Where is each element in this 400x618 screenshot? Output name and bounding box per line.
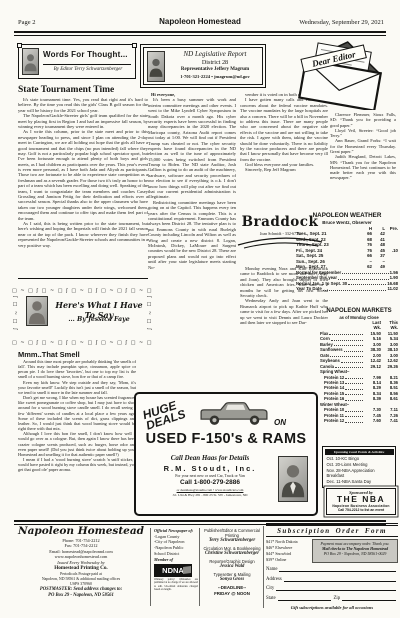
- event-item: Nov. 28-NBA Appreciation Breakfast: [327, 468, 392, 479]
- ad-web: or deanhaas@stoudts.com • www.stoudtcars…: [140, 488, 280, 492]
- form-rule: [266, 536, 398, 537]
- staff-block: Publisher/Editor & Commercial Printing T…: [203, 528, 261, 596]
- ad-address: Jct. I-94 & Hwy 281 - 800 23 St. SW - Ja…: [140, 493, 280, 497]
- legislative-report-box: ND Legislative Report District 28 Repres…: [140, 44, 266, 88]
- paragraph: I mean if I had a 'wood burning stove' s…: [18, 457, 136, 472]
- payment-note: Payment must accompany order. Thank you.…: [312, 539, 398, 563]
- events-box: Upcoming Local Events & Activities Oct. …: [322, 446, 396, 488]
- truck-ad: HUGE DEALS ON USED F-150's & RAMS Call D…: [134, 392, 318, 516]
- corner-ornament: [132, 43, 137, 48]
- staff-role: Publisher/Editor & Commercial Printing: [203, 528, 261, 538]
- paragraph: As I write this column, prior to the sta…: [18, 129, 148, 221]
- person-icon: [279, 457, 307, 501]
- footer-divider: [263, 526, 264, 608]
- nba-call: Call 754-2212 to list an event: [327, 508, 395, 512]
- staff-list: Publisher/Editor & Commercial Printing T…: [203, 528, 261, 583]
- staff-entry: Reporter/Graphic Design Jessica Wald: [203, 559, 261, 570]
- markets-cash-rows: Flax15.5011.50 Corn5.165.34 Barley3.003.…: [320, 331, 398, 369]
- banner-border-left: ʃ □ ~ □ ʃ: [12, 296, 18, 338]
- paragraph: Although I love this bon fire smell, I d…: [18, 431, 136, 457]
- markets-header-row: Last Wk. This Wk.: [320, 320, 398, 331]
- article-body: It's state tournament time. Yes, you rea…: [18, 97, 148, 274]
- words-for-thought-box: Words For Thought... By Editor Terry Sch…: [18, 44, 136, 79]
- column-divider: [18, 278, 148, 279]
- masthead-pobox: PO Box 29 - Napoleon, ND 58561: [16, 593, 146, 599]
- price-list: $41* North Dakota$46* Elsewhere$44* Snow…: [266, 539, 312, 563]
- dear-editor-graphic: Dear Editor: [282, 34, 396, 110]
- staff-name: Sonya Gross: [203, 577, 261, 583]
- legislative-district: District 28: [168, 59, 262, 66]
- weather-observer: Bruce Wentz, Observer: [296, 220, 398, 225]
- events-list: Oct. 10-KC BingoOct. 20-Lions MeetingNov…: [325, 455, 394, 485]
- envelope-icon: Dear Editor: [282, 34, 396, 110]
- markets-title: NAPOLEON MARKETS: [320, 308, 398, 314]
- ad-phone: Call 1-800-279-2886: [140, 479, 280, 486]
- person-icon: [23, 49, 38, 74]
- events-title: Upcoming Local Events & Activities: [325, 449, 394, 456]
- name-field: Name: [266, 567, 398, 572]
- city-input-line[interactable]: [276, 586, 396, 591]
- banner-border-top: □ ~ □ ʃ □ ~ □ ʃ □ ~ □ ʃ □ ~ □ ʃ □ ~ □ ʃ …: [12, 288, 152, 294]
- footer-divider: [150, 528, 151, 606]
- editor-photo: [22, 48, 39, 75]
- masthead: Napoleon Homestead Phone: 701-754-2212 F…: [16, 526, 146, 599]
- staff-entry: Circulation Mgr. & Bookkeeping Christine…: [203, 546, 261, 557]
- col-this-week: This Wk.: [381, 320, 398, 331]
- official-title: Official Newspaper of:: [154, 528, 198, 534]
- address-input-line[interactable]: [284, 577, 396, 582]
- masthead-name: Napoleon Homestead: [16, 526, 146, 538]
- nd-state-icon: [183, 566, 191, 574]
- spring-wheat-rows: Protein 127.998.21 Protein 138.148.36 Pr…: [320, 375, 398, 402]
- markets-subtitle: as of Monday Close: [320, 315, 398, 320]
- staff-name: Terry Schwartzenberger: [203, 538, 261, 544]
- person-icon: [27, 297, 47, 325]
- pickup-truck-icon: [198, 400, 270, 428]
- page-date: Wednesday, September 29, 2021: [299, 19, 384, 26]
- official-newspaper-block: Official Newspaper of: -Logan County-Cit…: [154, 528, 198, 592]
- name-input-line[interactable]: [279, 567, 396, 572]
- dealer-name: R.M. Stoudt, Inc.: [140, 464, 280, 473]
- article-headline: State Tournament Time: [18, 85, 114, 95]
- paragraph: Wednesday Andy and Joan went to the Bism…: [240, 298, 328, 325]
- member-of: Member of: [154, 557, 198, 563]
- huge-deals-text: HUGE DEALS: [141, 398, 187, 432]
- obituary-policy: Obituary policy: Obituaries are publishe…: [154, 578, 198, 592]
- weather-box: NAPOLEON WEATHER Bruce Wentz, Observer H…: [296, 212, 398, 292]
- paragraph: It's been a busy summer with work and in…: [148, 97, 236, 199]
- staff-name: Jessica Wald: [203, 564, 261, 570]
- staff-entry: Typesetter & Mailing Sonya Gross: [203, 572, 261, 583]
- subscription-form: Subscription Order Form $41* North Dakot…: [266, 523, 398, 610]
- ad-contact-block: Call Dean Haas for Details R.M. Stoudt, …: [140, 454, 280, 497]
- letter: Clarence Flemmer, Sioux Falls, SD: “Than…: [330, 112, 396, 128]
- markets-box: NAPOLEON MARKETS as of Monday Close Last…: [320, 308, 398, 424]
- form-rule: [266, 523, 398, 526]
- jessica-body: Around this time most people are probabl…: [18, 359, 136, 495]
- paragraph: As I said, this is being written prior t…: [18, 221, 148, 248]
- paragraph: The Napoleon/Gackle-Streeter girls' golf…: [18, 113, 148, 129]
- event-item: Dec. 11-NBA Santa Day: [327, 479, 392, 485]
- jessica-banner-byline: ... By Jessica Faye: [50, 316, 148, 323]
- person-icon: [148, 52, 164, 81]
- ndna-logo: NDNA: [154, 564, 192, 577]
- city-field: City: [266, 586, 398, 591]
- staff-entry: Publisher/Editor & Commercial Printing T…: [203, 528, 261, 544]
- letters-to-editor: Clarence Flemmer, Sioux Falls, SD: “Than…: [330, 112, 396, 210]
- weather-summary-row: Year To Date11.02: [296, 286, 398, 292]
- footer-divider: [199, 528, 200, 606]
- on-text: ON: [274, 418, 286, 427]
- state-input-line[interactable]: [278, 596, 332, 601]
- nba-name: THE NBA: [327, 495, 395, 504]
- paragraph: Don't get me wrong, I like when my house…: [18, 395, 136, 431]
- words-box-byline: By Editor Terry Schwartzenberger: [43, 67, 133, 72]
- letter-closing: Sincerely, Rep Jeff Magrum: [240, 167, 328, 172]
- paragraph: Even my kids know. We step outside and t…: [18, 380, 136, 395]
- weather-title: NAPOLEON WEATHER: [296, 212, 398, 219]
- representative-photo: [147, 51, 165, 82]
- ad-call-line: Call Dean Haas for Details: [140, 454, 280, 462]
- official-item: School District: [154, 551, 198, 557]
- truck-illustration: [198, 400, 270, 428]
- legislative-column-2: vember it is voted on in both districts.…: [240, 92, 328, 214]
- weather-summary: Normal for September1.56 September this …: [296, 270, 398, 292]
- official-list: -Logan County-City of Napoleon-Napoleon …: [154, 534, 198, 557]
- words-box-title: Words For Thought...: [43, 50, 135, 59]
- ad-tagline: For your next new or used Car, Truck or …: [140, 474, 280, 478]
- gift-note: Gift subscriptions available for all occ…: [266, 605, 398, 610]
- legislative-contact: 1-701-321-2224 • jmagrum@nd.gov: [168, 74, 262, 79]
- box-divider: [43, 64, 131, 65]
- letter: Ann Bauer, Grand Forks: “I wait for the …: [330, 138, 396, 154]
- legislative-rep-name: Representative Jeffery Magrum: [168, 67, 262, 72]
- legislative-column-1: Hi everyone, It's been a busy summer wit…: [148, 92, 236, 386]
- masthead-printer: Homestead Printing Co.: [16, 565, 146, 572]
- newspaper-page: Page 2 Napoleon Homestead Wednesday, Sep…: [0, 0, 400, 618]
- col-last-week: Last Wk.: [364, 320, 381, 331]
- subscription-pricing-row: $41* North Dakota$46* Elsewhere$44* Snow…: [266, 539, 398, 563]
- winter-wheat-rows: Protein 107.307.11 Protein 117.457.26 Pr…: [320, 407, 398, 423]
- state-zip-field: State Zip: [266, 596, 398, 601]
- address-field: Address: [266, 577, 398, 582]
- staff-name: Christine Schwartzenberger: [203, 551, 261, 557]
- paragraph: Redistricting committee meetings have be…: [148, 200, 236, 270]
- market-row: Protein 127.607.41: [320, 418, 398, 423]
- jessica-banner: □ ~ □ ʃ □ ~ □ ʃ □ ~ □ ʃ □ ~ □ ʃ □ ~ □ ʃ …: [12, 288, 152, 346]
- paragraph: It's state tournament time. Yes, you rea…: [18, 97, 148, 113]
- letter: Judith Heugland, Detroit Lakes, MN: “Tha…: [330, 154, 396, 180]
- jessica-headline: Mmm..That Smell: [18, 350, 80, 359]
- deadline-value: FRIDAY @ NOON: [203, 591, 261, 597]
- zip-input-line[interactable]: [342, 596, 396, 601]
- nba-sponsor-box: Sponsored by THE NBA Napoleon Business A…: [326, 488, 396, 515]
- price-option: $39* Online: [266, 557, 312, 563]
- ad-headline: USED F-150's & RAMS: [136, 432, 316, 447]
- letter: Lloyd Veil, Streeter: “Good job Terry.”: [330, 128, 396, 139]
- paragraph: Around this time most people are probabl…: [18, 359, 136, 380]
- subscription-title: Subscription Order Form: [266, 527, 398, 535]
- jessica-photo: [26, 296, 48, 326]
- banner-border-bottom: □ ~ □ ʃ □ ~ □ ʃ □ ~ □ ʃ □ ~ □ ʃ □ ~ □ ʃ …: [12, 340, 152, 346]
- dean-haas-photo: [278, 456, 308, 502]
- weather-rows: Tues., Sept. 216642 Wed., Sept. 226841 T…: [296, 231, 398, 269]
- legislative-title: ND Legislative Report: [168, 50, 262, 58]
